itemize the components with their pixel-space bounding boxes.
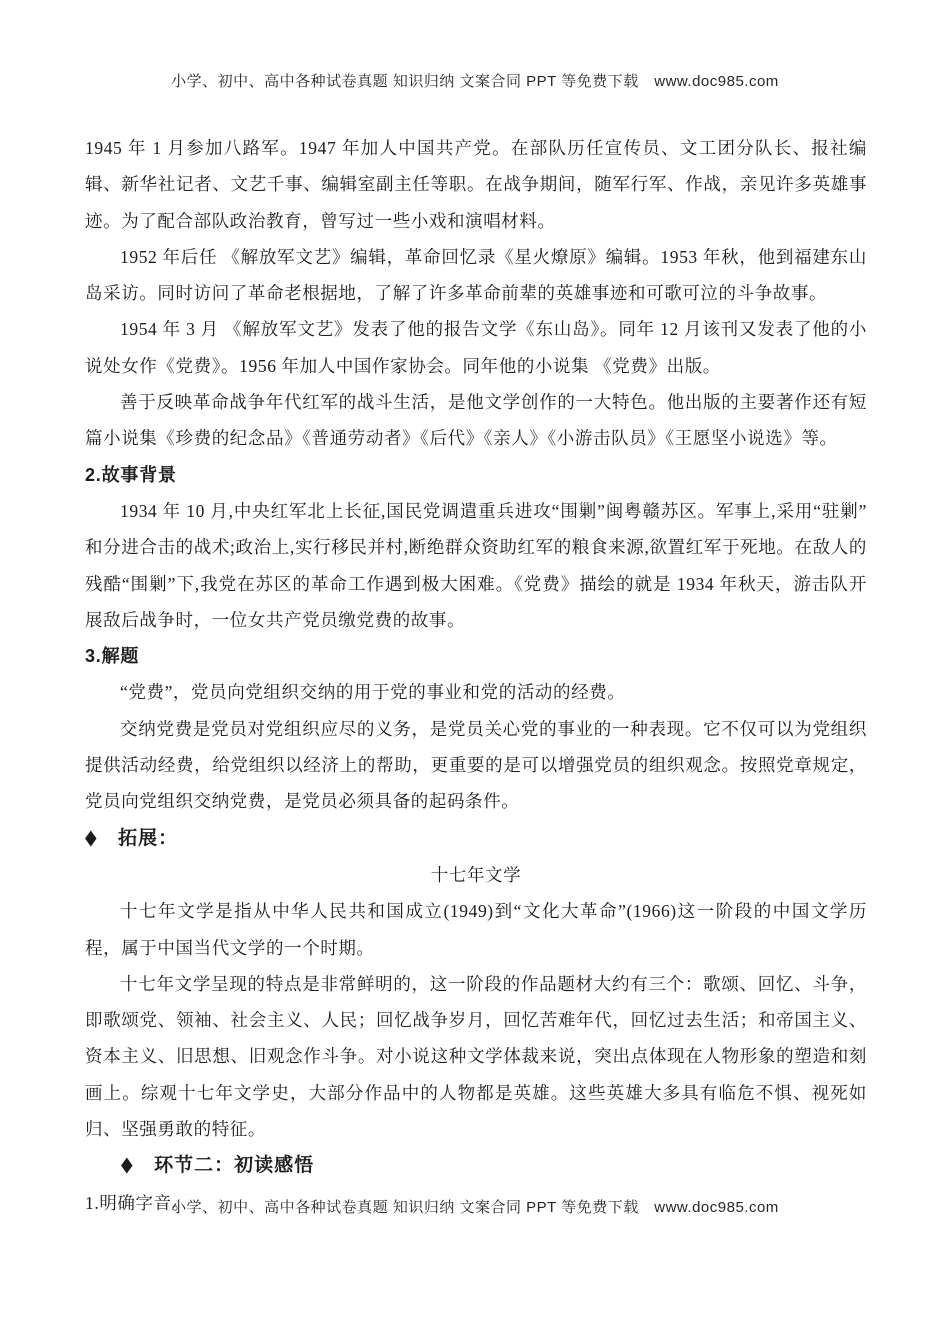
heading-title-explanation: 3.解题 <box>85 638 867 674</box>
heading-story-background: 2.故事背景 <box>85 457 867 493</box>
heading-expansion: ◆拓展： <box>85 820 867 857</box>
document-body: 1945 年 1 月参加八路军。1947 年加人中国共产党。在部队历任宣传员、文… <box>85 130 867 1221</box>
paragraph-seventeen-years-1: 十七年文学是指从中华人民共和国成立(1949)到“文化大革命”(1966)这一阶… <box>85 893 867 966</box>
subtitle-seventeen-years-literature: 十七年文学 <box>85 857 867 893</box>
paragraph-author-bio-2: 1952 年后任 《解放军文艺》编辑，革命回忆录《星火燎原》编辑。1953 年秋… <box>85 239 867 312</box>
diamond-bullet-icon: ◆ <box>85 820 97 856</box>
paragraph-explanation-1: “党费”，党员向党组织交纳的用于党的事业和党的活动的经费。 <box>85 674 867 710</box>
paragraph-author-bio-1: 1945 年 1 月参加八路军。1947 年加人中国共产党。在部队历任宣传员、文… <box>85 130 867 239</box>
page-header-watermark: 小学、初中、高中各种试卷真题 知识归纳 文案合同 PPT 等免费下载 www.d… <box>0 70 950 91</box>
heading-section-two-label: 环节二：初读感悟 <box>154 1155 314 1176</box>
paragraph-author-bio-3: 1954 年 3 月 《解放军文艺》发表了他的报告文学《东山岛》。同年 12 月… <box>85 311 867 384</box>
paragraph-seventeen-years-2: 十七年文学呈现的特点是非常鲜明的，这一阶段的作品题材大约有三个：歌颂、回忆、斗争… <box>85 966 867 1147</box>
heading-section-two: ◆环节二：初读感悟 <box>85 1147 867 1184</box>
heading-expansion-label: 拓展： <box>118 828 178 849</box>
document-page: 小学、初中、高中各种试卷真题 知识归纳 文案合同 PPT 等免费下载 www.d… <box>0 0 950 1344</box>
diamond-bullet-icon: ◆ <box>121 1147 133 1183</box>
page-footer-watermark: 小学、初中、高中各种试卷真题 知识归纳 文案合同 PPT 等免费下载 www.d… <box>0 1196 950 1217</box>
paragraph-explanation-2: 交纳党费是党员对党组织应尽的义务，是党员关心党的事业的一种表现。它不仅可以为党组… <box>85 711 867 820</box>
paragraph-author-bio-4: 善于反映革命战争年代红军的战斗生活，是他文学创作的一大特色。他出版的主要著作还有… <box>85 384 867 457</box>
paragraph-story-background: 1934 年 10 月,中央红军北上长征,国民党调遣重兵进攻“围剿”闽粤赣苏区。… <box>85 493 867 638</box>
